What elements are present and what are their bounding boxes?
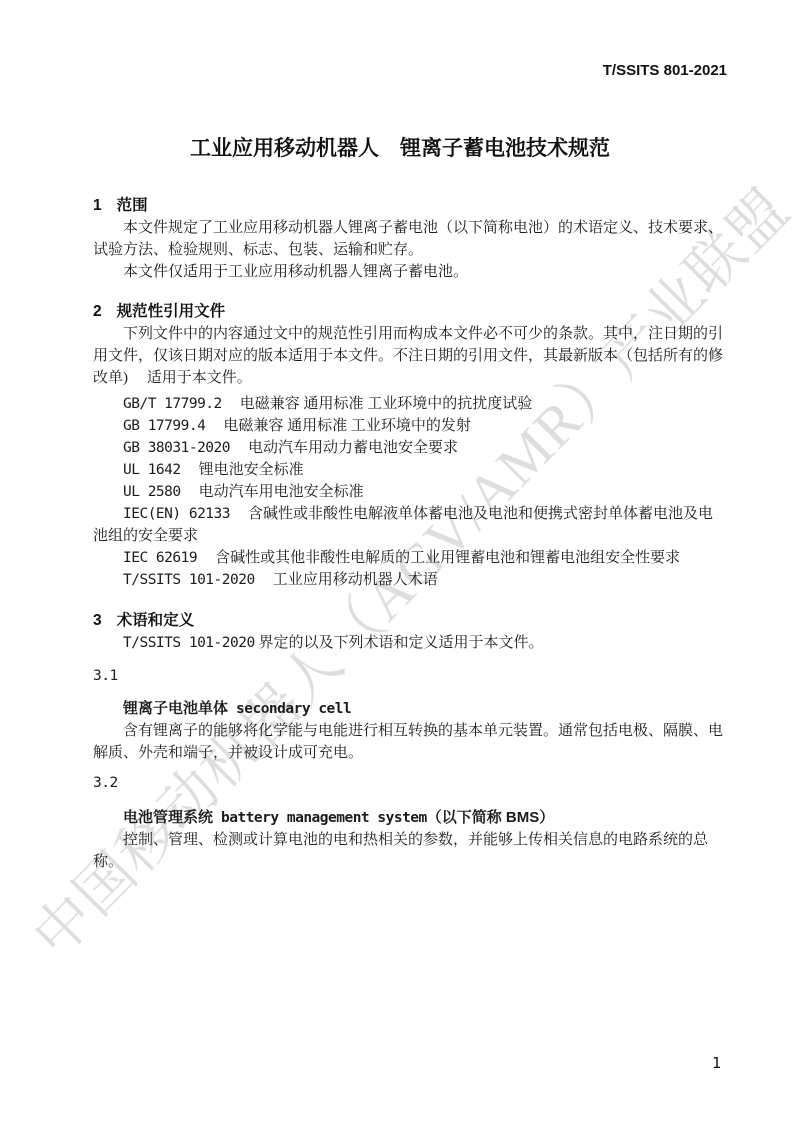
document-code: T/SSITS 801-2021 [603,62,727,80]
reference-title: 电磁兼容 通用标准 工业环境中的抗扰度试验 [240,396,533,412]
section-1-heading: 1范围 [93,195,727,217]
reference-item: GB/T 17799.2电磁兼容 通用标准 工业环境中的抗扰度试验 [93,393,727,415]
term-1-title: 锂离子电池单体secondary cell [93,698,727,720]
document-title: 工业应用移动机器人 锂离子蓄电池技术规范 [0,134,800,164]
reference-code: GB 17799.4 [123,418,205,434]
document-body: 1范围 本文件规定了工业应用移动机器人锂离子蓄电池（以下简称电池）的术语定义、技… [93,195,727,873]
section-3-intro: T/SSITS 101-2020 界定的以及下列术语和定义适用于本文件。 [93,632,727,654]
reference-code: UL 2580 [123,484,181,500]
term-2-en: battery management system [221,810,427,826]
section-3-number: 3 [93,610,102,632]
section-2-title: 规范性引用文件 [117,303,226,320]
reference-item: GB 38031-2020电动汽车用动力蓄电池安全要求 [93,437,727,459]
term-1-en: secondary cell [236,701,351,717]
reference-item: T/SSITS 101-2020工业应用移动机器人术语 [93,569,727,591]
reference-code: GB/T 17799.2 [123,396,222,412]
section-1-paragraph-1: 本文件规定了工业应用移动机器人锂离子蓄电池（以下简称电池）的术语定义、技术要求、… [93,217,727,261]
term-1-definition: 含有锂离子的能够将化学能与电能进行相互转换的基本单元装置。通常包括电极、隔膜、电… [93,720,727,764]
section-2-number: 2 [93,301,102,323]
reference-item: IEC 62619含碱性或其他非酸性电解质的工业用锂蓄电池和锂蓄电池组安全性要求 [93,547,727,569]
reference-item: UL 2580电动汽车用电池安全标准 [93,481,727,503]
reference-code: IEC(EN) 62133 [123,506,230,522]
reference-item: GB 17799.4电磁兼容 通用标准 工业环境中的发射 [93,415,727,437]
term-1-number: 3.1 [93,665,727,687]
term-2-number: 3.2 [93,772,727,794]
term-2-title: 电池管理系统battery management system（以下简称 BMS… [93,807,727,829]
section-1-paragraph-2: 本文件仅适用于工业应用移动机器人锂离子蓄电池。 [93,261,727,283]
document-page: 中国移动机器人（AGV/AMR）产业联盟 T/SSITS 801-2021 工业… [0,0,800,1132]
page-number: 1 [712,1052,721,1074]
section-2-intro: 下列文件中的内容通过文中的规范性引用而构成本文件必不可少的条款。其中，注日期的引… [93,323,727,389]
reference-item: IEC(EN) 62133含碱性或非酸性电解液单体蓄电池及电池和便携式密封单体蓄… [93,503,727,547]
section-1-number: 1 [93,195,102,217]
section-3-heading: 3术语和定义 [93,610,727,632]
section-3-intro-code: T/SSITS 101-2020 [123,635,255,651]
reference-title: 含碱性或其他非酸性电解质的工业用锂蓄电池和锂蓄电池组安全性要求 [215,550,680,566]
reference-code: UL 1642 [123,462,181,478]
term-1-cn: 锂离子电池单体 [123,700,228,717]
reference-title: 工业应用移动机器人术语 [273,572,438,588]
term-2-suffix: （以下简称 BMS） [427,809,555,826]
section-2-heading: 2规范性引用文件 [93,301,727,323]
reference-title: 电磁兼容 通用标准 工业环境中的发射 [223,418,471,434]
reference-code: GB 38031-2020 [123,440,230,456]
section-1-title: 范围 [117,197,148,214]
reference-title: 电动汽车用电池安全标准 [199,484,364,500]
reference-code: T/SSITS 101-2020 [123,572,255,588]
term-2-cn: 电池管理系统 [123,809,213,826]
reference-title: 锂电池安全标准 [199,462,304,478]
reference-title: 电动汽车用动力蓄电池安全要求 [248,440,458,456]
reference-code: IEC 62619 [123,550,197,566]
reference-list: GB/T 17799.2电磁兼容 通用标准 工业环境中的抗扰度试验 GB 177… [93,393,727,591]
reference-item: UL 1642锂电池安全标准 [93,459,727,481]
section-3-title: 术语和定义 [117,612,195,629]
term-2-definition: 控制、管理、检测或计算电池的电和热相关的参数，并能够上传相关信息的电路系统的总称… [93,829,727,873]
section-3-intro-text: 界定的以及下列术语和定义适用于本文件。 [255,635,544,651]
